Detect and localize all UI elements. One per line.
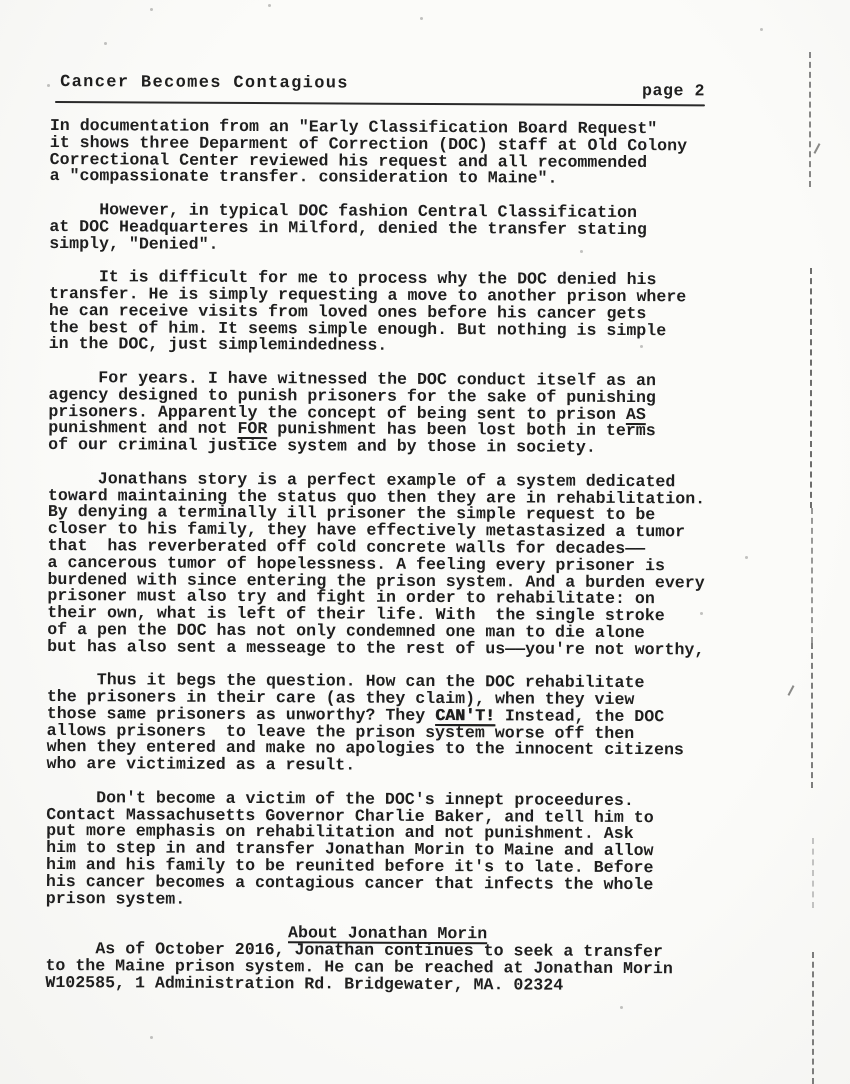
scan-artifact-speck [745,556,748,559]
scan-artifact-speck [150,1036,153,1039]
paragraph-3: It is difficult for me to process why th… [49,269,749,357]
scan-artifact-edge-line [811,643,813,788]
page-number: page 2 [642,81,705,100]
text-line: but has also sent a messeage to the rest… [47,639,747,659]
scan-artifact-speck [104,42,107,45]
scan-artifact-edge-line [809,52,811,187]
header-divider [55,101,705,107]
paragraph-5: Jonathans story is a perfect example of … [47,471,748,659]
scan-artifact-edge-line [810,268,812,508]
scan-artifact-edge-line [811,508,813,643]
scan-artifact-speck [47,84,50,87]
scan-artifact-speck [268,4,271,7]
document-body: In documentation from an "Early Classifi… [45,118,750,1012]
scanned-document-page: Cancer Becomes Contagious page 2 In docu… [0,0,850,1084]
about-section-paragraph: As of October 2016, Jonathan continues t… [45,941,745,995]
scan-artifact-speck [700,612,703,615]
paragraph-1: In documentation from an "Early Classifi… [50,118,750,189]
scan-artifact-speck [610,862,613,865]
scan-artifact-speck [150,8,153,11]
document-header: Cancer Becomes Contagious page 2 [60,73,705,100]
scan-artifact-edge-line [812,952,814,1084]
scan-artifact-speck [760,28,763,31]
scan-artifact-speck [580,250,583,253]
paragraph-6: Thus it begs the question. How can the D… [46,672,747,776]
document-title: Cancer Becomes Contagious [60,73,349,94]
document-content: Cancer Becomes Contagious page 2 In docu… [0,0,850,1084]
paragraph-4: For years. I have witnessed the DOC cond… [48,370,748,458]
paragraph-7: Don't become a victim of the DOC's innep… [46,790,747,911]
scan-artifact-speck [420,17,423,20]
scan-artifact-speck [640,345,643,348]
scan-artifact-speck [620,1006,623,1009]
paragraph-2: However, in typical DOC fashion Central … [49,202,749,256]
scan-artifact-edge-line [812,838,814,908]
